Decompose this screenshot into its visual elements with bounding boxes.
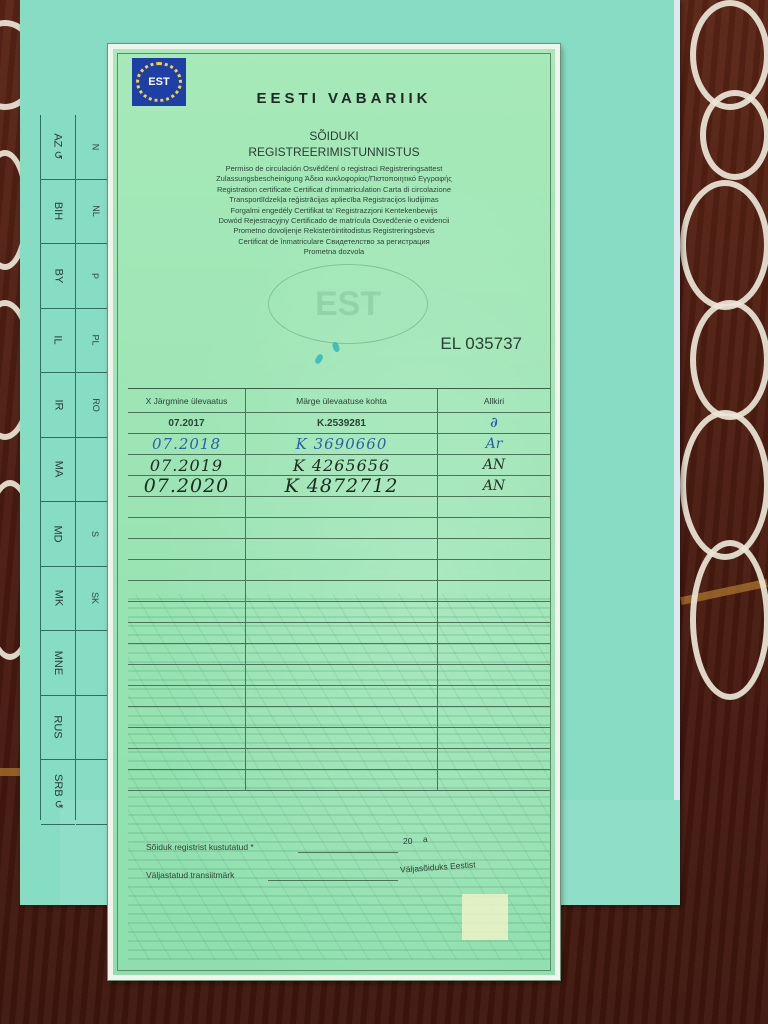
lace-doily-loop xyxy=(690,300,768,420)
translation-line: Dowód Rejestracyjny Certificado de matrí… xyxy=(148,216,520,226)
certificate-border: EST EESTI VABARIIK SÕIDUKI REGISTREERIMI… xyxy=(117,53,551,971)
table-header-row: X Järgmine ülevaatus Märge ülevaatuse ko… xyxy=(128,389,550,413)
est-watermark-seal: EST xyxy=(268,264,428,344)
table-row-empty xyxy=(128,749,550,770)
signature: Ar xyxy=(486,436,503,452)
lace-doily-loop xyxy=(700,90,768,180)
deregistered-label: Sõiduk registrist kustutatud * xyxy=(146,842,254,852)
country-code-cell: IL xyxy=(41,309,75,374)
table-row-empty xyxy=(128,728,550,749)
table-row-empty xyxy=(128,644,550,665)
table-row-empty xyxy=(128,623,550,644)
header-next-inspection: X Järgmine ülevaatus xyxy=(128,389,246,412)
country-code-badge: EST xyxy=(148,76,169,88)
country-code-strip: AZ ↺ BIH BY IL IR MA MD MK MNE RUS SRB ↺… xyxy=(30,115,120,820)
table-row: 07.2020 K 4872712 AN xyxy=(128,476,550,497)
deregistered-date-line xyxy=(298,852,398,853)
table-row-empty xyxy=(128,602,550,623)
signature: AN xyxy=(483,457,505,473)
serial-number: EL 035737 xyxy=(440,334,522,354)
inspection-date: 07.2017 xyxy=(128,413,246,433)
inspection-date: 07.2019 xyxy=(128,455,246,475)
inspection-table: X Järgmine ülevaatus Märge ülevaatuse ko… xyxy=(128,388,550,818)
title-translations: Permiso de circulación Osvědčení o regis… xyxy=(148,164,520,258)
table-row-empty xyxy=(128,581,550,602)
lace-doily-loop xyxy=(680,180,768,310)
table-row: 07.2019 K 4265656 AN xyxy=(128,455,550,476)
country-code-cell: AZ ↺ xyxy=(41,115,75,180)
inspection-number: K.2539281 xyxy=(246,413,438,433)
table-row-empty xyxy=(128,497,550,518)
year-suffix: a xyxy=(423,834,428,844)
country-code-cell: SRB ↺ xyxy=(41,760,75,825)
table-row-empty xyxy=(128,665,550,686)
document-title: SÕIDUKI REGISTREERIMISTUNNISTUS xyxy=(118,128,550,160)
transit-plate-line xyxy=(268,880,398,881)
translation-line: Prometno dovoljenje Rekisteröintitodistu… xyxy=(148,226,520,236)
vehicle-registration-certificate: EST EESTI VABARIIK SÕIDUKI REGISTREERIMI… xyxy=(108,44,560,980)
translation-line: Zulassungsbescheinigung Άδεια κυκλοφορία… xyxy=(148,174,520,184)
signature-cell: ∂ xyxy=(438,413,550,433)
lace-doily-loop xyxy=(680,410,768,560)
country-code-cell: MK xyxy=(41,567,75,632)
header-inspection-note: Märge ülevaatuse kohta xyxy=(246,389,438,412)
inspection-date: 07.2018 xyxy=(128,434,246,454)
signature-cell: Ar xyxy=(438,434,550,454)
country-code-cell: MA xyxy=(41,438,75,503)
ink-spot xyxy=(314,353,324,365)
table-row-empty xyxy=(128,686,550,707)
header-signature: Allkiri xyxy=(438,389,550,412)
signature-cell: AN xyxy=(438,476,550,496)
country-code-cell: MD xyxy=(41,502,75,567)
translation-line: Forgalmi engedély Certifikat ta' Registr… xyxy=(148,206,520,216)
country-code-cell: MNE xyxy=(41,631,75,696)
inspection-number: K 4265656 xyxy=(246,455,438,475)
lace-doily-loop xyxy=(690,540,768,700)
table-row: 07.2018 K 3690660 Ar xyxy=(128,434,550,455)
country-code-cell: IR xyxy=(41,373,75,438)
document-title-line2: REGISTREERIMISTUNNISTUS xyxy=(118,144,550,160)
signature: AN xyxy=(483,478,505,494)
table-row-empty xyxy=(128,518,550,539)
inspection-number: K 3690660 xyxy=(246,434,438,454)
translation-line: Prometna dozvola xyxy=(148,247,520,257)
country-code-column: AZ ↺ BIH BY IL IR MA MD MK MNE RUS SRB ↺ xyxy=(40,115,76,820)
hologram-stamp-box xyxy=(462,894,508,940)
translation-line: Permiso de circulación Osvědčení o regis… xyxy=(148,164,520,174)
inspection-number: K 4872712 xyxy=(246,476,438,496)
translation-line: Transportlīdzekļa reģistrācijas apliecīb… xyxy=(148,195,520,205)
exported-label: Väljasõiduks Eestist xyxy=(400,859,476,874)
document-title-line1: SÕIDUKI xyxy=(118,128,550,144)
table-row-empty xyxy=(128,707,550,728)
signature-scribble: ∂ xyxy=(490,415,497,431)
table-row: 07.2017 K.2539281 ∂ xyxy=(128,413,550,434)
table-row-empty xyxy=(128,770,550,791)
translation-line: Registration certificate Certificat d'im… xyxy=(148,185,520,195)
table-row-empty xyxy=(128,560,550,581)
country-code-cell: RUS xyxy=(41,696,75,761)
country-code-cell: BIH xyxy=(41,180,75,245)
table-row-empty xyxy=(128,539,550,560)
country-code-cell: BY xyxy=(41,244,75,309)
year-prefix: 20 xyxy=(403,836,412,846)
country-title: EESTI VABARIIK xyxy=(118,90,550,107)
inspection-date: 07.2020 xyxy=(128,476,246,496)
translation-line: Certificat de înmatriculare Свидетелство… xyxy=(148,237,520,247)
transit-plate-label: Väljastatud transiitmärk xyxy=(146,870,234,880)
signature-cell: AN xyxy=(438,455,550,475)
